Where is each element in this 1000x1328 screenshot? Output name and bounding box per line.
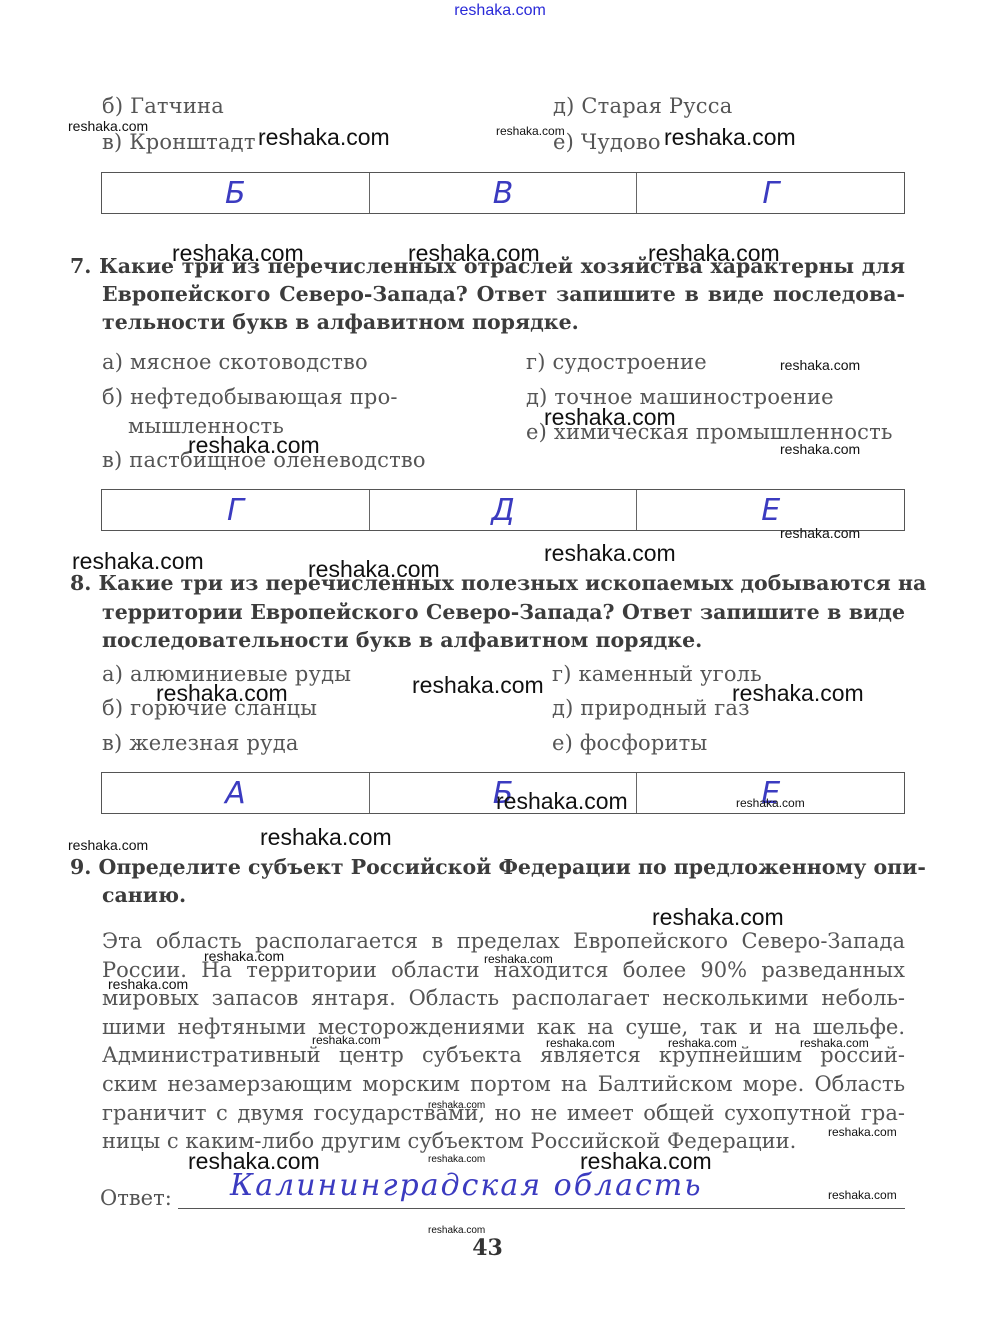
watermark: reshaka.com — [800, 1036, 869, 1050]
watermark: reshaka.com — [780, 525, 860, 541]
watermark: reshaka.com — [780, 357, 860, 373]
q9-paragraph-line: ским незамерзающим морским портом на Бал… — [102, 1072, 905, 1096]
watermark: reshaka.com — [408, 240, 540, 267]
q7-question-line-2: Европейского Северо-Запада? Ответ запиши… — [102, 282, 905, 306]
watermark: reshaka.com — [156, 680, 288, 707]
watermark: reshaka.com — [546, 1036, 615, 1050]
q8-question-line-3: последовательности букв в алфавитном пор… — [102, 628, 702, 652]
watermark: reshaka.com — [484, 952, 553, 966]
watermark: reshaka.com — [428, 1154, 485, 1165]
watermark: reshaka.com — [668, 1036, 737, 1050]
q7-answer-cell[interactable]: Е — [637, 490, 904, 530]
watermark: reshaka.com — [188, 432, 320, 459]
watermark: reshaka.com — [828, 1188, 897, 1202]
watermark: reshaka.com — [188, 1148, 320, 1175]
q9-question-line-1: 9. Определите субъект Российской Федерац… — [70, 855, 905, 879]
q7-option-b: б) нефтедобывающая про- — [102, 385, 398, 409]
watermark: reshaka.com — [412, 672, 544, 699]
q7-option-g: г) судостроение — [526, 350, 707, 374]
q7-answer-cell[interactable]: Г — [102, 490, 370, 530]
q6-option-e: е) Чудово — [553, 130, 661, 154]
watermark: reshaka.com — [68, 837, 148, 853]
q8-answer-cell[interactable]: А — [102, 773, 370, 813]
q9-paragraph-line: шими нефтяными месторождениями как на су… — [102, 1015, 905, 1039]
q6-option-b: б) Гатчина — [102, 94, 224, 118]
q8-option-v: в) железная руда — [102, 731, 299, 755]
watermark: reshaka.com — [544, 540, 676, 567]
q9-question-line-2: санию. — [102, 883, 186, 907]
q6-option-d: д) Старая Русса — [553, 94, 732, 118]
q6-answer-cell[interactable]: В — [370, 173, 638, 213]
watermark: reshaka.com — [652, 904, 784, 931]
watermark: reshaka.com — [648, 240, 780, 267]
watermark: reshaka.com — [736, 796, 805, 810]
watermark: reshaka.com — [260, 824, 392, 851]
watermark: reshaka.com — [108, 976, 188, 992]
answer-label: Ответ: — [100, 1186, 172, 1210]
watermark: reshaka.com — [258, 124, 390, 151]
q9-paragraph-line: Административный центр субъекта является… — [102, 1043, 905, 1067]
header-watermark[interactable]: reshaka.com — [0, 2, 1000, 20]
q6-answer-table: Б В Г — [101, 172, 905, 214]
q6-answer-cell[interactable]: Б — [102, 173, 370, 213]
watermark: reshaka.com — [312, 1033, 381, 1047]
watermark: reshaka.com — [428, 1100, 485, 1111]
q9-paragraph-line: граничит с двумя государствами, но не им… — [102, 1101, 905, 1125]
watermark: reshaka.com — [780, 441, 860, 457]
watermark: reshaka.com — [732, 680, 864, 707]
q8-option-e: е) фосфориты — [552, 731, 707, 755]
q8-option-d: д) природный газ — [552, 696, 750, 720]
q9-paragraph-line: мировых запасов янтаря. Область располаг… — [102, 986, 905, 1010]
page-number: 43 — [0, 1235, 975, 1261]
watermark: reshaka.com — [72, 548, 204, 575]
watermark: reshaka.com — [172, 240, 304, 267]
watermark: reshaka.com — [68, 118, 148, 134]
watermark: reshaka.com — [664, 124, 796, 151]
answer-field[interactable] — [178, 1208, 905, 1209]
q7-option-a: а) мясное скотоводство — [102, 350, 368, 374]
q7-answer-cell[interactable]: Д — [370, 490, 638, 530]
watermark: reshaka.com — [580, 1148, 712, 1175]
watermark: reshaka.com — [544, 404, 676, 431]
q6-answer-cell[interactable]: Г — [637, 173, 904, 213]
watermark: reshaka.com — [496, 124, 565, 138]
q8-question-line-2: территории Европейского Северо-Запада? О… — [102, 600, 905, 624]
watermark: reshaka.com — [428, 1225, 485, 1236]
q8-option-g: г) каменный уголь — [552, 662, 762, 686]
watermark: reshaka.com — [204, 948, 284, 964]
q7-question-line-3: тельности букв в алфавитном порядке. — [102, 310, 579, 334]
watermark: reshaka.com — [308, 556, 440, 583]
watermark: reshaka.com — [828, 1125, 897, 1139]
watermark: reshaka.com — [496, 788, 628, 815]
